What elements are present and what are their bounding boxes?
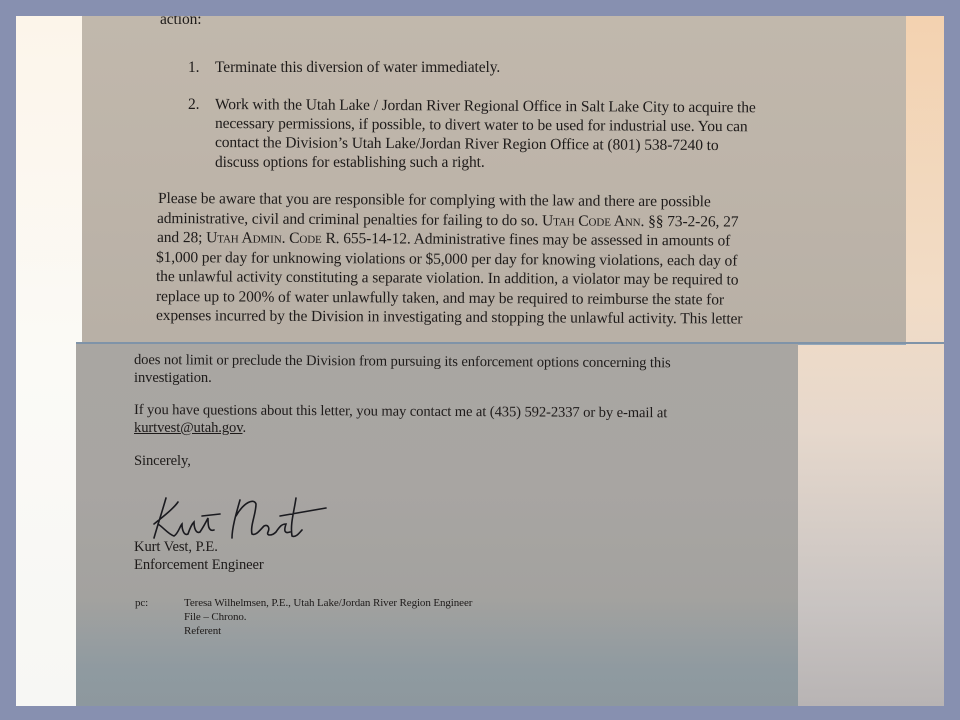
- list-number-2: 2.: [188, 95, 199, 114]
- penalty-line: and 28; Utah Admin. Code R. 655-14-12. A…: [157, 228, 730, 251]
- email-link[interactable]: kurtvest@utah.gov: [134, 420, 242, 436]
- penalty-line: expenses incurred by the Division in inv…: [156, 306, 743, 329]
- statute-citation: Utah Code Ann.: [542, 212, 644, 230]
- list-item-2-line: discuss options for establishing such a …: [215, 153, 485, 172]
- admin-code-citation: Utah Admin. Code: [206, 229, 322, 247]
- penalty-line: investigation.: [134, 369, 212, 388]
- top-fragment: action:: [160, 16, 201, 29]
- pc-recipient: Teresa Wilhelmsen, P.E., Utah Lake/Jorda…: [184, 597, 472, 611]
- list-number-1: 1.: [188, 58, 199, 77]
- penalty-text: administrative, civil and criminal penal…: [157, 210, 542, 229]
- penalty-text: and 28;: [157, 229, 206, 246]
- signature: [144, 494, 329, 544]
- penalty-line: the unlawful activity constituting a sep…: [156, 267, 738, 290]
- closing: Sincerely,: [134, 452, 191, 471]
- signer-name: Kurt Vest, P.E.: [134, 538, 218, 557]
- list-item-1-line: Terminate this diversion of water immedi…: [215, 58, 500, 77]
- document-photo: action: 1. Terminate this diversion of w…: [16, 16, 944, 706]
- contact-email-line: kurtvest@utah.gov.: [134, 419, 246, 438]
- pc-recipient: File – Chrono.: [184, 611, 246, 625]
- list-item-2-line: contact the Division’s Utah Lake/Jordan …: [215, 133, 719, 155]
- signer-title: Enforcement Engineer: [134, 556, 264, 575]
- penalty-line: Please be aware that you are responsible…: [158, 189, 711, 211]
- penalty-text: R. 655-14-12. Administrative fines may b…: [322, 230, 731, 249]
- punctuation: .: [242, 420, 246, 436]
- page-fold: [76, 342, 944, 344]
- pc-recipient: Referent: [184, 625, 221, 639]
- pc-label: pc:: [135, 597, 148, 611]
- penalty-line: does not limit or preclude the Division …: [134, 351, 671, 373]
- statute-sections: §§ 73-2-26, 27: [644, 213, 738, 231]
